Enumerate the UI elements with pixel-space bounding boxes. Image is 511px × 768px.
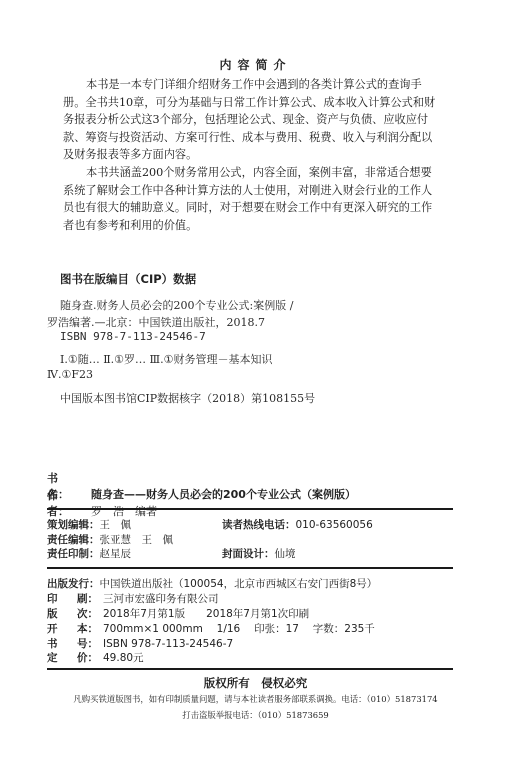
edition-row: 版次：2018年7月第1版 2018年7月第1次印刷 — [47, 606, 309, 621]
summary-title: 内容简介 — [0, 56, 511, 73]
isbn-row: 书号：ISBN 978-7-113-24546-7 — [47, 636, 233, 651]
cover-design-row: 封面设计：仙境 — [222, 546, 296, 561]
label: 作 — [47, 487, 73, 503]
format-row: 开本：700mm×1 000mm 1/16 印张：17 字数：235千 — [47, 621, 375, 636]
label: 策划编辑： — [47, 519, 100, 531]
summary-line: 系统了解财会工作中各种计算方法的人士使用，对刚进入财会行业的工作人 — [63, 182, 453, 200]
label: 书 — [47, 470, 73, 486]
summary-line: 本书共涵盖200个财务常用公式，内容全面，案例丰富，非常适合想要 — [63, 164, 453, 182]
cip-heading: 图书在版编目（CIP）数据 — [60, 271, 196, 287]
label: 次： — [77, 608, 98, 620]
planning-editor: 王 佩 — [100, 519, 132, 531]
label: 责任编辑： — [47, 534, 100, 546]
piracy-hotline: 打击盗版举报电话：（010）51873659 — [0, 709, 511, 721]
planning-editor-row: 策划编辑：王 佩 — [47, 517, 131, 532]
isbn: ISBN 978-7-113-24546-7 — [103, 638, 233, 650]
label: 书 — [47, 636, 77, 651]
summary-line: 册。全书共10章，可分为基础与日常工作计算公式、成本收入计算公式和财 — [63, 94, 453, 112]
divider — [47, 508, 453, 510]
cip-author-line: 罗浩编著.—北京：中国铁道出版社，2018.7 — [47, 314, 265, 330]
label: 读者热线电话： — [222, 519, 296, 531]
label: 价： — [77, 652, 98, 664]
publisher: 中国铁道出版社（100054，北京市西城区右安门西街8号） — [100, 578, 378, 590]
cip-classification: Ⅰ.①随… Ⅱ.①罗… Ⅲ.①财务管理－基本知识 — [60, 351, 273, 367]
label: 本： — [77, 623, 98, 635]
responsible-print-row: 责任印制：赵星辰 — [47, 546, 131, 561]
label: 出版发行： — [47, 578, 100, 590]
cip-record-number: 中国版本图书馆CIP数据核字（2018）第108155号 — [60, 390, 315, 406]
price: 49.80元 — [103, 652, 144, 664]
label: 责任印制： — [47, 548, 100, 560]
cip-title-line: 随身查.财务人员必会的200个专业公式:案例版 / — [60, 297, 293, 313]
divider — [47, 668, 453, 670]
label: 印 — [47, 591, 77, 606]
summary-line: 本书是一本专门详细介绍财务工作中会遇到的各类计算公式的查询手 — [63, 76, 453, 94]
label: 版 — [47, 606, 77, 621]
printer-row: 印刷：三河市宏盛印务有限公司 — [47, 591, 219, 606]
summary-line: 及财务报表等多方面内容。 — [63, 146, 453, 164]
copyright-notice: 版权所有 侵权必究 — [0, 675, 511, 691]
cip-classification-code: Ⅳ.①F23 — [47, 368, 93, 381]
printer: 三河市宏盛印务有限公司 — [103, 593, 219, 605]
summary-body: 本书是一本专门详细介绍财务工作中会遇到的各类计算公式的查询手 册。全书共10章，… — [63, 76, 453, 234]
summary-line: 员也有很大的辅助意义。同时，对于想要在财会工作中有更深入研究的工作 — [63, 199, 453, 217]
label: 定 — [47, 650, 77, 665]
book-author-row: 作者：罗 浩 编著 — [47, 487, 157, 519]
summary-line: 者也有参考和利用的价值。 — [63, 217, 453, 235]
responsible-print: 赵星辰 — [100, 548, 132, 560]
label: 刷： — [77, 593, 98, 605]
divider — [47, 567, 453, 569]
hotline-row: 读者热线电话：010-63560056 — [222, 517, 373, 532]
edition: 2018年7月第1版 2018年7月第1次印刷 — [103, 608, 309, 620]
summary-line: 款、筹资与投资活动、方案可行性、成本与费用、税费、收入与利润分配以 — [63, 129, 453, 147]
publisher-row: 出版发行：中国铁道出版社（100054，北京市西城区右安门西街8号） — [47, 576, 377, 591]
cip-isbn: ISBN 978-7-113-24546-7 — [60, 330, 206, 343]
label: 号： — [77, 638, 98, 650]
hotline: 010-63560056 — [296, 519, 373, 531]
label: 封面设计： — [222, 548, 275, 560]
price-row: 定价：49.80元 — [47, 650, 144, 665]
responsible-editor: 张亚慧 王 佩 — [100, 534, 174, 546]
cover-design: 仙境 — [275, 548, 296, 560]
service-notice: 凡购买铁道版图书，如有印制质量问题，请与本社读者服务部联系调换。电话：（010）… — [0, 693, 511, 705]
format: 700mm×1 000mm 1/16 印张：17 字数：235千 — [103, 623, 375, 635]
label: 开 — [47, 621, 77, 636]
responsible-editor-row: 责任编辑：张亚慧 王 佩 — [47, 532, 173, 547]
summary-line: 务报表分析公式这3个部分，包括理论公式、现金、资产与负债、应收应付 — [63, 111, 453, 129]
